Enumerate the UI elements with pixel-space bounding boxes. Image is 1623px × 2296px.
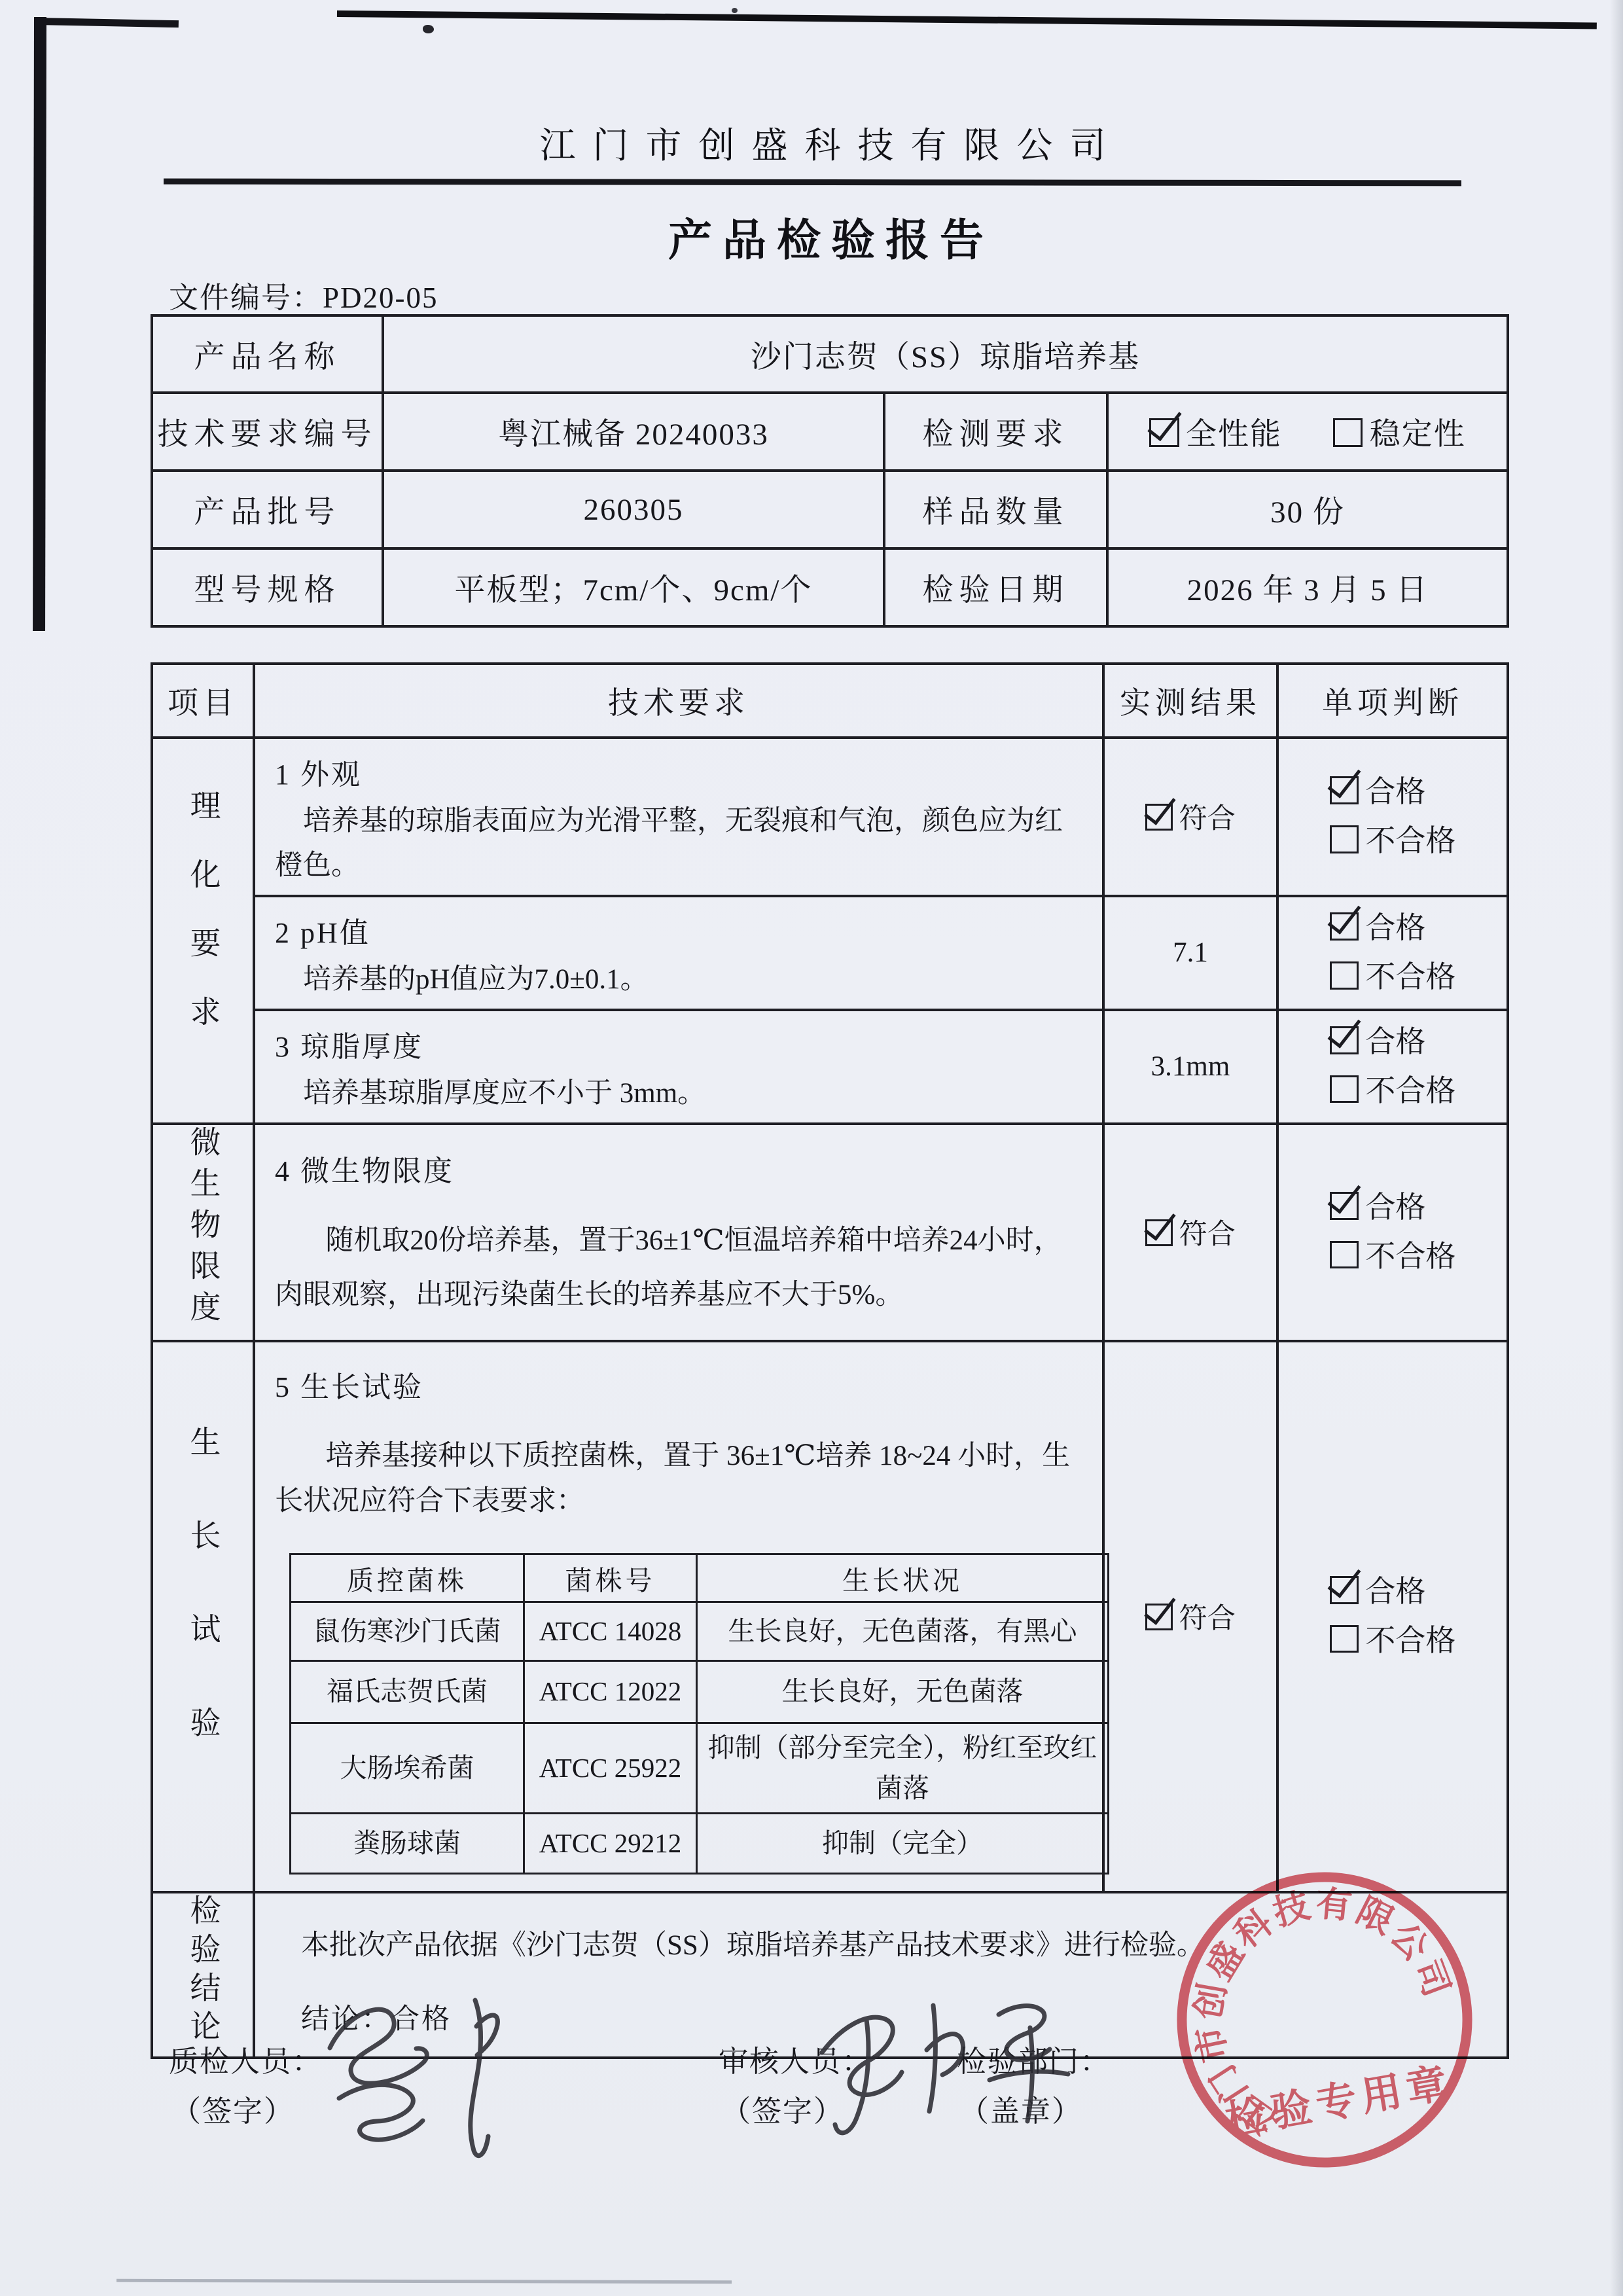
product-name-value: 沙门志贺（SS）琼脂培养基 xyxy=(383,315,1508,393)
inspection-seal-stamp: 江门市创盛科技有限公司 检验专用章 xyxy=(1154,1850,1495,2190)
result-label: 符合 xyxy=(1179,1604,1236,1634)
requirement-body: 培养基的pH值应为7.0±0.1。 xyxy=(275,958,1084,1002)
growth-status: 生长良好，无色菌落，有黑心 xyxy=(697,1602,1109,1661)
qc-handwritten-signature xyxy=(318,1986,541,2169)
test-date-value: 2026 年 3 月 5 日 xyxy=(1107,548,1508,626)
judgement-label: 不合格 xyxy=(1365,1240,1455,1273)
result-microbial-limit: 符合 xyxy=(1103,1124,1277,1341)
unchecked-checkbox-icon xyxy=(1330,825,1359,853)
group-microbial-limit: 微生物限度 xyxy=(152,1124,254,1341)
scanned-report-page: 江门市创盛科技有限公司 产品检验报告 文件编号：PD20-05 产品名称 沙门志… xyxy=(0,0,1623,2296)
strain-name: 大肠埃希菌 xyxy=(291,1723,524,1814)
judgement-pass: 合格 xyxy=(1330,1183,1456,1232)
table-row: 产品批号 260305 样品数量 30 份 xyxy=(152,471,1508,548)
scan-edge-line-topleft xyxy=(36,18,179,27)
option-stability: 稳定性 xyxy=(1333,418,1466,452)
qc-signer-label: 质检人员： xyxy=(169,2037,323,2087)
group-label: 检验结论 xyxy=(181,1894,225,2049)
judgement-label: 合格 xyxy=(1365,911,1425,944)
requirement-body: 培养基接种以下质控菌株，置于 36±1℃培养 18~24 小时，生长状况应符合下… xyxy=(275,1434,1084,1524)
judgement-pass: 合格 xyxy=(1330,768,1456,817)
group-label: 微生物限度 xyxy=(181,1126,225,1332)
judgement-pass: 合格 xyxy=(1330,1568,1456,1617)
col-header-qc-strain: 质控菌株 xyxy=(291,1554,524,1602)
table-row-growth-test: 生长试验 5 生长试验 培养基接种以下质控菌株，置于 36±1℃培养 18~24… xyxy=(152,1341,1508,1892)
table-header-row: 质控菌株 菌株号 生长状况 xyxy=(291,1554,1109,1602)
table-row: 鼠伤寒沙门氏菌 ATCC 14028 生长良好，无色菌落，有黑心 xyxy=(291,1602,1109,1661)
document-number-value: PD20-05 xyxy=(323,281,438,314)
judgement-label: 不合格 xyxy=(1365,824,1455,857)
table-row: 福氏志贺氏菌 ATCC 12022 生长良好，无色菌落 xyxy=(291,1661,1109,1723)
judgement-fail: 不合格 xyxy=(1330,953,1456,1002)
strain-code: ATCC 29212 xyxy=(524,1814,697,1874)
judgement-pass: 合格 xyxy=(1330,1018,1456,1067)
result-checked: 符合 xyxy=(1145,1219,1236,1250)
judgement-options: 合格 不合格 xyxy=(1330,1183,1456,1281)
qc-signature-block: 质检人员： （签字） xyxy=(169,2037,323,2136)
judgement-label: 合格 xyxy=(1365,1191,1425,1224)
sample-qty-value: 30 份 xyxy=(1107,471,1508,548)
growth-test-table: 质控菌株 菌株号 生长状况 鼠伤寒沙门氏菌 ATCC 14028 生长良好，无色… xyxy=(289,1553,1109,1874)
document-number-label: 文件编号： xyxy=(169,281,323,314)
tech-req-no-value: 粤江械备 20240033 xyxy=(383,393,884,471)
strain-name: 福氏志贺氏菌 xyxy=(291,1661,524,1723)
test-requirement-label: 检测要求 xyxy=(884,393,1107,471)
batch-no-value: 260305 xyxy=(383,471,884,548)
scan-edge-bar-left xyxy=(33,17,46,631)
option-full-performance: 全性能 xyxy=(1149,418,1282,452)
strain-code: ATCC 12022 xyxy=(524,1661,697,1723)
judgement-options: 合格 不合格 xyxy=(1330,1568,1456,1665)
strain-code: ATCC 25922 xyxy=(524,1723,697,1814)
requirement-body: 培养基琼脂厚度应不小于 3mm。 xyxy=(275,1071,1084,1116)
review-handwritten-signature xyxy=(804,1987,1092,2157)
table-row-microbial-limit: 微生物限度 4 微生物限度 随机取20份培养基，置于36±1℃恒温培养箱中培养2… xyxy=(152,1124,1508,1341)
unchecked-checkbox-icon xyxy=(1330,1241,1359,1269)
tech-req-no-label: 技术要求编号 xyxy=(152,393,383,471)
unchecked-checkbox-icon xyxy=(1330,1625,1359,1653)
scan-speck xyxy=(732,8,738,13)
judgement-options: 合格 不合格 xyxy=(1330,1018,1456,1115)
model-spec-label: 型号规格 xyxy=(152,548,383,626)
judgement-label: 合格 xyxy=(1365,1575,1425,1608)
col-header-tech-requirement: 技术要求 xyxy=(254,664,1103,738)
checked-checkbox-icon xyxy=(1330,1192,1359,1220)
requirement-agar-thickness: 3 琼脂厚度 培养基琼脂厚度应不小于 3mm。 xyxy=(254,1010,1103,1124)
table-row: 大肠埃希菌 ATCC 25922 抑制（部分至完全），粉红至玫红菌落 xyxy=(291,1723,1109,1814)
scan-shadow-right xyxy=(1610,0,1623,2296)
checked-checkbox-icon xyxy=(1149,418,1179,447)
growth-status: 抑制（完全） xyxy=(697,1814,1109,1874)
judgement-fail: 不合格 xyxy=(1330,1617,1456,1666)
requirement-title: 3 琼脂厚度 xyxy=(275,1023,1084,1065)
table-header-row: 项目 技术要求 实测结果 单项判断 xyxy=(152,664,1508,738)
scan-edge-line-bottom xyxy=(116,2279,732,2284)
checked-checkbox-icon xyxy=(1145,1604,1173,1630)
group-conclusion: 检验结论 xyxy=(152,1892,254,2058)
requirement-body: 随机取20份培养基，置于36±1℃恒温培养箱中培养24小时，肉眼观察，出现污染菌… xyxy=(275,1214,1084,1322)
strain-name: 粪肠球菌 xyxy=(291,1814,524,1874)
judgement-agar-thickness: 合格 不合格 xyxy=(1277,1010,1508,1124)
result-checked: 符合 xyxy=(1145,1604,1236,1634)
judgement-label: 不合格 xyxy=(1365,960,1455,994)
judgement-options: 合格 不合格 xyxy=(1330,904,1456,1001)
requirement-title: 2 pH值 xyxy=(275,909,1084,951)
judgement-pass: 合格 xyxy=(1330,904,1456,953)
requirement-title: 1 外观 xyxy=(275,751,1084,793)
requirement-ph: 2 pH值 培养基的pH值应为7.0±0.1。 xyxy=(254,896,1103,1010)
col-header-item-judgement: 单项判断 xyxy=(1277,664,1508,738)
growth-status: 抑制（部分至完全），粉红至玫红菌落 xyxy=(697,1723,1109,1814)
checked-checkbox-icon xyxy=(1145,1219,1173,1246)
qc-sign-hint: （签字） xyxy=(169,2087,323,2136)
judgement-fail: 不合格 xyxy=(1330,1232,1456,1282)
group-growth-test: 生长试验 xyxy=(152,1341,254,1892)
result-value: 3.1mm xyxy=(1151,1051,1230,1082)
test-date-label: 检验日期 xyxy=(884,548,1107,626)
unchecked-checkbox-icon xyxy=(1330,1075,1359,1103)
requirement-title: 4 微生物限度 xyxy=(275,1147,1084,1189)
unchecked-checkbox-icon xyxy=(1333,418,1363,447)
col-header-measured-result: 实测结果 xyxy=(1103,664,1277,738)
table-row-agar-thickness: 3 琼脂厚度 培养基琼脂厚度应不小于 3mm。 3.1mm 合格 不合格 xyxy=(152,1010,1508,1124)
table-row: 型号规格 平板型；7cm/个、9cm/个 检验日期 2026 年 3 月 5 日 xyxy=(152,548,1508,626)
scan-speck xyxy=(423,25,434,33)
table-row-appearance: 理化要求 1 外观 培养基的琼脂表面应为光滑平整，无裂痕和气泡，颜色应为红橙色。… xyxy=(152,738,1508,896)
table-row: 粪肠球菌 ATCC 29212 抑制（完全） xyxy=(291,1814,1109,1874)
header-divider-rule xyxy=(164,179,1461,187)
judgement-label: 不合格 xyxy=(1365,1074,1455,1107)
judgement-ph: 合格 不合格 xyxy=(1277,896,1508,1010)
checked-checkbox-icon xyxy=(1145,804,1173,830)
col-header-item: 项目 xyxy=(152,664,254,738)
requirement-appearance: 1 外观 培养基的琼脂表面应为光滑平整，无裂痕和气泡，颜色应为红橙色。 xyxy=(254,738,1103,896)
product-info-table: 产品名称 沙门志贺（SS）琼脂培养基 技术要求编号 粤江械备 20240033 … xyxy=(151,314,1509,628)
requirement-microbial-limit: 4 微生物限度 随机取20份培养基，置于36±1℃恒温培养箱中培养24小时，肉眼… xyxy=(254,1124,1103,1341)
requirement-body: 培养基的琼脂表面应为光滑平整，无裂痕和气泡，颜色应为红橙色。 xyxy=(275,799,1084,888)
requirement-title: 5 生长试验 xyxy=(275,1363,1084,1405)
document-number: 文件编号：PD20-05 xyxy=(169,274,438,316)
group-label: 生长试验 xyxy=(181,1426,225,1800)
table-row: 技术要求编号 粤江械备 20240033 检测要求 全性能稳定性 xyxy=(152,393,1508,471)
judgement-growth-test: 合格 不合格 xyxy=(1277,1341,1508,1892)
judgement-label: 合格 xyxy=(1365,775,1425,808)
option-label: 稳定性 xyxy=(1370,418,1466,452)
product-name-label: 产品名称 xyxy=(152,315,383,393)
strain-code: ATCC 14028 xyxy=(524,1602,697,1661)
result-growth-test: 符合 xyxy=(1103,1341,1277,1892)
col-header-growth-status: 生长状况 xyxy=(697,1554,1109,1602)
group-physchem: 理化要求 xyxy=(152,738,254,1124)
scan-edge-line-top xyxy=(337,10,1597,29)
option-label: 全性能 xyxy=(1186,418,1282,452)
result-label: 符合 xyxy=(1179,804,1236,834)
checked-checkbox-icon xyxy=(1330,776,1359,804)
judgement-label: 不合格 xyxy=(1365,1624,1455,1657)
result-ph: 7.1 xyxy=(1103,896,1277,1010)
checked-checkbox-icon xyxy=(1330,912,1359,941)
judgement-appearance: 合格 不合格 xyxy=(1277,738,1508,896)
sample-qty-label: 样品数量 xyxy=(884,471,1107,548)
requirement-growth-test: 5 生长试验 培养基接种以下质控菌株，置于 36±1℃培养 18~24 小时，生… xyxy=(254,1341,1103,1892)
result-appearance: 符合 xyxy=(1103,738,1277,896)
checked-checkbox-icon xyxy=(1330,1026,1359,1054)
checked-checkbox-icon xyxy=(1330,1576,1359,1604)
batch-no-label: 产品批号 xyxy=(152,471,383,548)
strain-name: 鼠伤寒沙门氏菌 xyxy=(291,1602,524,1661)
test-requirement-options: 全性能稳定性 xyxy=(1107,393,1508,471)
group-label: 理化要求 xyxy=(181,789,225,1064)
table-row: 产品名称 沙门志贺（SS）琼脂培养基 xyxy=(152,315,1508,393)
model-spec-value: 平板型；7cm/个、9cm/个 xyxy=(383,548,884,626)
table-row-ph: 2 pH值 培养基的pH值应为7.0±0.1。 7.1 合格 不合格 xyxy=(152,896,1508,1010)
result-label: 符合 xyxy=(1179,1219,1236,1250)
col-header-strain-no: 菌株号 xyxy=(524,1554,697,1602)
judgement-fail: 不合格 xyxy=(1330,1067,1456,1116)
growth-status: 生长良好，无色菌落 xyxy=(697,1661,1109,1723)
judgement-options: 合格 不合格 xyxy=(1330,768,1456,865)
company-name: 江门市创盛科技有限公司 xyxy=(39,117,1623,168)
judgement-fail: 不合格 xyxy=(1330,817,1456,866)
unchecked-checkbox-icon xyxy=(1330,961,1359,990)
result-agar-thickness: 3.1mm xyxy=(1103,1010,1277,1124)
page-title: 产品检验报告 xyxy=(39,206,1623,268)
result-value: 7.1 xyxy=(1173,937,1208,968)
judgement-microbial-limit: 合格 不合格 xyxy=(1277,1124,1508,1341)
judgement-label: 合格 xyxy=(1365,1025,1425,1058)
result-checked: 符合 xyxy=(1145,804,1236,834)
